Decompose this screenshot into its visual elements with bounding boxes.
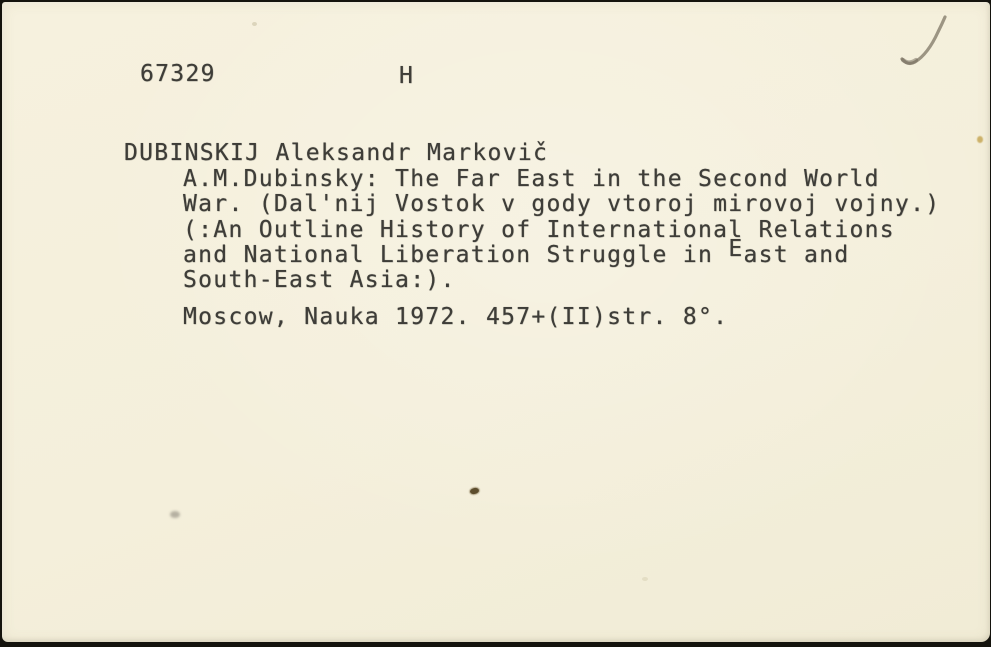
- paper-speck: [642, 577, 648, 581]
- title-line-4-post: ast and: [743, 242, 849, 268]
- title-line-4-raised-letter: E: [728, 236, 743, 262]
- author-heading: DUBINSKIJ Aleksandr Markovič: [124, 141, 548, 166]
- ink-blot-speck: [469, 487, 479, 495]
- title-line-1: A.M.Dubinsky: The Far East in the Second…: [183, 167, 880, 192]
- index-card: 67329 H DUBINSKIJ Aleksandr Markovič A.M…: [2, 2, 990, 642]
- title-line-3: (:An Outline History of International Re…: [183, 218, 895, 243]
- pencil-checkmark-icon: [888, 8, 958, 72]
- paper-speck: [252, 22, 257, 26]
- title-line-4-pre: and National Liberation Struggle in: [183, 242, 728, 268]
- imprint-line: Moscow, Nauka 1972. 457+(II)str. 8°.: [183, 305, 728, 330]
- scanned-catalog-card: 67329 H DUBINSKIJ Aleksandr Markovič A.M…: [0, 0, 991, 647]
- title-line-2: War. (Dal'nij Vostok v gody vtoroj mirov…: [183, 192, 940, 217]
- pencil-smudge: [170, 511, 180, 518]
- title-line-4: and National Liberation Struggle in East…: [183, 243, 850, 268]
- section-letter: H: [399, 64, 414, 89]
- accession-number: 67329: [140, 62, 216, 87]
- paper-stain-speck: [977, 136, 983, 143]
- title-line-5: South-East Asia:).: [183, 268, 456, 293]
